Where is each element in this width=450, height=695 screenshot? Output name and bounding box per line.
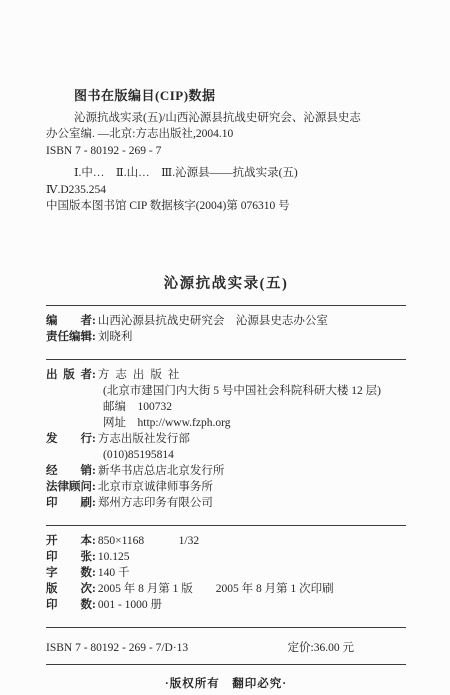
format-label: 开本 (46, 533, 92, 549)
edition-label: 版次 (46, 581, 92, 597)
publisher-postcode: 邮编 100732 (46, 399, 406, 415)
edition-row: 版次: 2005 年 8 月第 1 版 2005 年 8 月第 1 次印刷 (46, 581, 406, 597)
publisher-value: 方志出版社 (98, 367, 406, 383)
cip-heading: 图书在版编目(CIP)数据 (46, 88, 406, 105)
seller-label: 经销 (46, 463, 92, 479)
distributor-row: 发行: 方志出版社发行部 (46, 431, 406, 447)
distributor-value: 方志出版社发行部 (98, 431, 406, 447)
isbn-number: ISBN 7 - 80192 - 269 - 7/D·13 (46, 640, 188, 656)
book-title: 沁源抗战实录(五) (46, 272, 406, 293)
colon: : (92, 549, 96, 565)
format-value: 850×1168 1/32 (98, 533, 406, 549)
managing-editor-row: 责任编辑: 刘晓利 (46, 329, 406, 345)
distributor-phone: (010)85195814 (46, 447, 406, 463)
colon: : (92, 329, 96, 345)
editor-value: 山西沁源县抗战史研究会 沁源县史志办公室 (98, 313, 406, 329)
colon: : (92, 367, 96, 383)
publisher-address: (北京市建国门内大街 5 号中国社会科院科研大楼 12 层) (46, 383, 406, 399)
word-count-value: 140 千 (98, 565, 406, 581)
isbn-price-row: ISBN 7 - 80192 - 269 - 7/D·13 定价:36.00 元 (46, 628, 406, 656)
colon: : (92, 581, 96, 597)
publisher-label: 出版者 (46, 367, 92, 383)
seller-row: 经销: 新华书店总店北京发行所 (46, 463, 406, 479)
divider-under-isbn (46, 664, 406, 665)
cip-class-number: Ⅳ.D235.254 (46, 182, 406, 199)
legal-counsel-value: 北京市京诚律师事务所 (98, 479, 406, 495)
legal-counsel-label: 法律顾问 (46, 479, 92, 495)
cip-isbn: ISBN 7 - 80192 - 269 - 7 (46, 143, 406, 160)
word-count-row: 字数: 140 千 (46, 565, 406, 581)
cip-description-line1: 沁源抗战实录(五)/山西沁源县抗战史研究会、沁源县史志 (46, 110, 406, 127)
seller-value: 新华书店总店北京发行所 (98, 463, 406, 479)
managing-editor-label: 责任编辑 (46, 329, 92, 345)
price: 定价:36.00 元 (288, 640, 354, 656)
cip-classification: Ⅰ.中… Ⅱ.山… Ⅲ.沁源县——抗战实录(五) (46, 165, 406, 182)
cip-data-block: 图书在版编目(CIP)数据 沁源抗战实录(五)/山西沁源县抗战史研究会、沁源县史… (46, 88, 406, 215)
copyright-page: 图书在版编目(CIP)数据 沁源抗战实录(五)/山西沁源县抗战史研究会、沁源县史… (0, 0, 450, 695)
cip-description-line2: 办公室编. —北京:方志出版社,2004.10 (46, 126, 406, 143)
page-content: 图书在版编目(CIP)数据 沁源抗战实录(五)/山西沁源县抗战史研究会、沁源县史… (46, 0, 406, 695)
managing-editor-value: 刘晓利 (98, 329, 406, 345)
colon: : (92, 533, 96, 549)
publisher-row: 出版者: 方志出版社 (46, 367, 406, 383)
print-run-row: 印数: 001 - 1000 册 (46, 597, 406, 613)
colon: : (92, 313, 96, 329)
colon: : (92, 431, 96, 447)
editor-row: 编者: 山西沁源县抗战史研究会 沁源县史志办公室 (46, 313, 406, 329)
editor-label: 编者 (46, 313, 92, 329)
colon: : (92, 565, 96, 581)
edition-value: 2005 年 8 月第 1 版 2005 年 8 月第 1 次印刷 (98, 581, 406, 597)
cip-record-number: 中国版本图书馆 CIP 数据核字(2004)第 076310 号 (46, 198, 406, 215)
print-run-label: 印数 (46, 597, 92, 613)
legal-counsel-row: 法律顾问: 北京市京诚律师事务所 (46, 479, 406, 495)
print-run-value: 001 - 1000 册 (98, 597, 406, 613)
sheets-label: 印张 (46, 549, 92, 565)
editors-section: 编者: 山西沁源县抗战史研究会 沁源县史志办公室 责任编辑: 刘晓利 (46, 306, 406, 351)
word-count-label: 字数 (46, 565, 92, 581)
distributor-label: 发行 (46, 431, 92, 447)
colon: : (92, 495, 96, 511)
copyright-notice: ·版权所有 翻印必究· (46, 675, 406, 691)
sheets-row: 印张: 10.125 (46, 549, 406, 565)
printer-value: 郑州方志印务有限公司 (98, 495, 406, 511)
printer-label: 印刷 (46, 495, 92, 511)
printer-row: 印刷: 郑州方志印务有限公司 (46, 495, 406, 511)
publishing-section: 出版者: 方志出版社 (北京市建国门内大街 5 号中国社会科院科研大楼 12 层… (46, 360, 406, 517)
sheets-value: 10.125 (98, 549, 406, 565)
colon: : (92, 463, 96, 479)
publisher-website: 网址 http://www.fzph.org (46, 415, 406, 431)
specs-section: 开本: 850×1168 1/32 印张: 10.125 字数: 140 千 版… (46, 526, 406, 619)
format-row: 开本: 850×1168 1/32 (46, 533, 406, 549)
colon: : (92, 479, 96, 495)
colon: : (92, 597, 96, 613)
